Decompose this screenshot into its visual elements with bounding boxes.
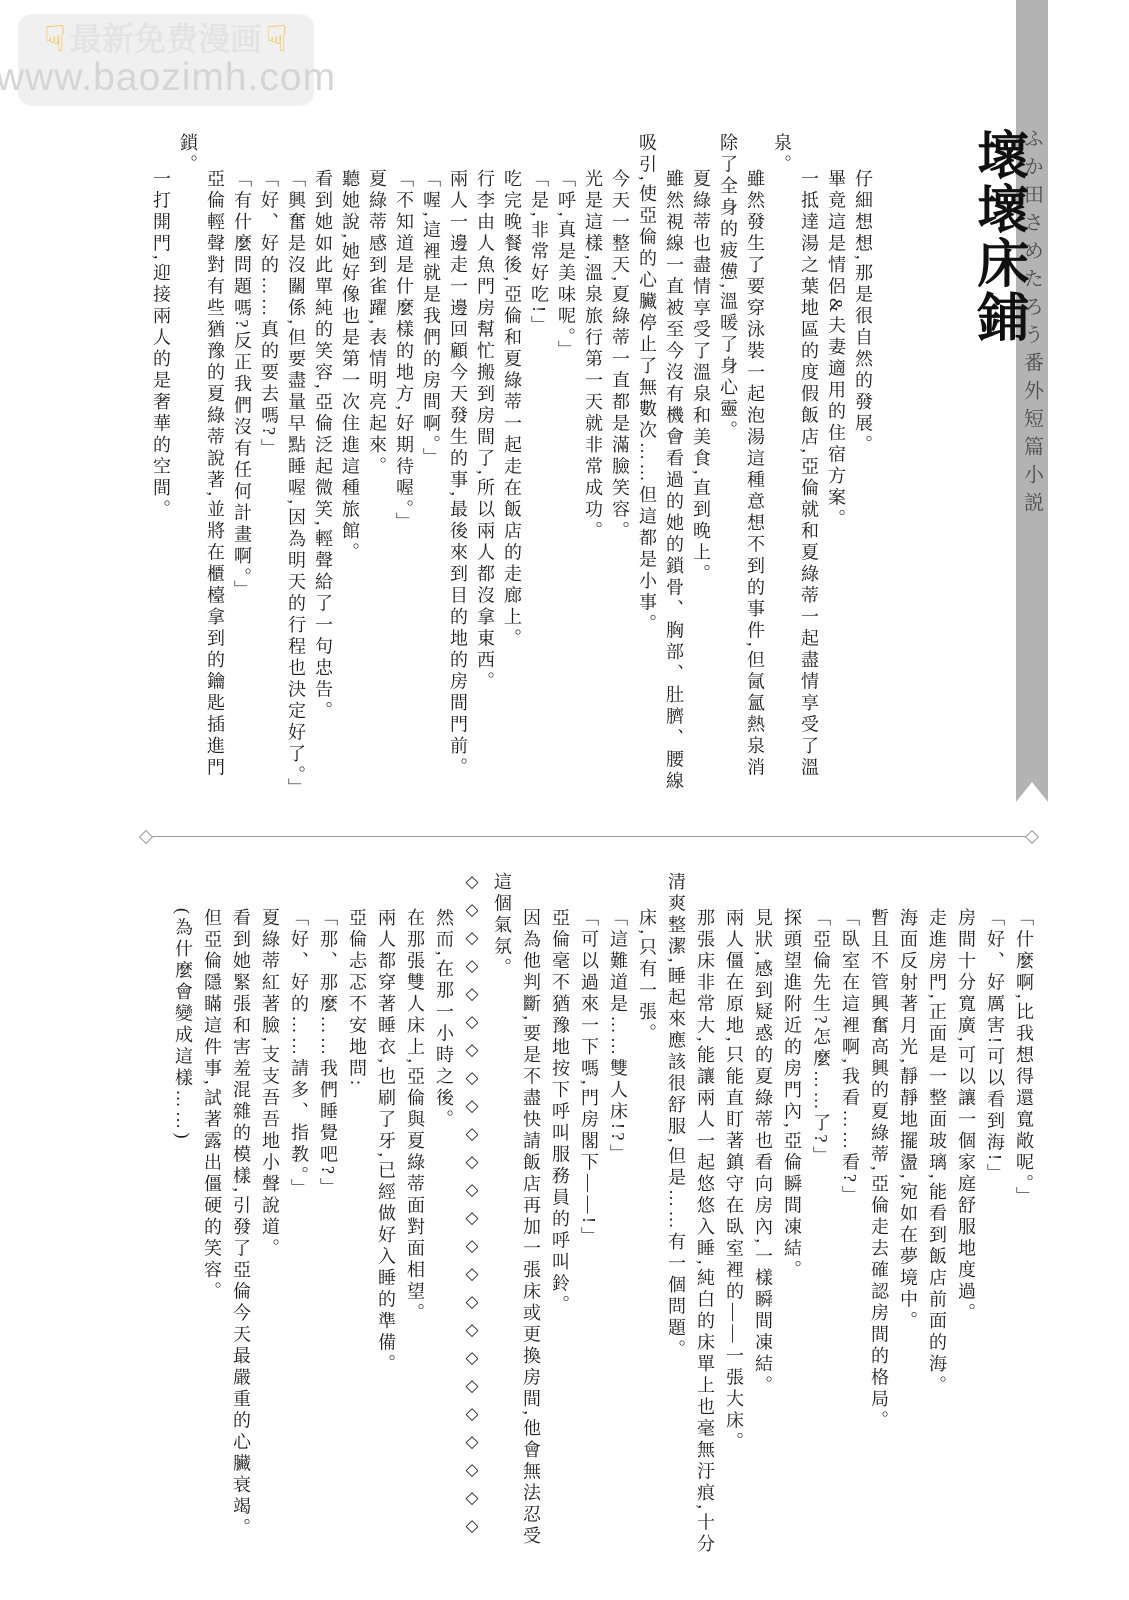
- narrative-paragraph: 看到她如此單純的笑容,亞倫泛起微笑,輕聲給了一句忠告。: [309, 133, 336, 793]
- narrative-paragraph: 亞倫毫不猶豫地按下呼叫服務員的呼叫鈴。: [545, 872, 574, 1560]
- narrative-paragraph: 聽她說,她好像也是第一次住進這種旅館。: [336, 133, 363, 793]
- narrative-paragraph: 一打開門,迎接兩人的是奢華的空間。: [147, 133, 174, 793]
- narrative-paragraph: 因為他判斷,要是不盡快請飯店再加一張床或更換房間,他會無法忍受這個氣氛。: [487, 872, 545, 1560]
- watermark-label: 最新免费漫画: [70, 23, 262, 57]
- down-pointing-hand-icon: ☟: [44, 21, 66, 59]
- narrative-paragraph: 畢竟這是情侶&夫妻適用的住宿方案。: [822, 133, 849, 793]
- diamond-ornament-icon: [139, 830, 153, 844]
- narrative-paragraph: 海面反射著月光,靜靜地擺盪,宛如在夢境中。: [893, 872, 922, 1560]
- dialogue-paragraph: 「這難道是……雙人床!?」: [603, 872, 632, 1560]
- narrative-paragraph: 探頭望進附近的房門內,亞倫瞬間凍結。: [777, 872, 806, 1560]
- section-divider: [146, 836, 1032, 837]
- narrative-paragraph: 那張床非常大,能讓兩人一起悠悠入睡,純白的床單上也毫無汙痕,十分清爽整潔,睡起來…: [661, 872, 719, 1560]
- narrative-paragraph: 床,只有一張。: [632, 872, 661, 1560]
- narrative-paragraph: 在那張雙人床上,亞倫與夏綠蒂面對面相望。: [400, 872, 429, 1560]
- narrative-paragraph: 看到她緊張和害羞混雜的模樣,引發了亞倫今天最嚴重的心臟衰竭。: [226, 872, 255, 1560]
- narrative-paragraph: 房間十分寬廣,可以讓一個家庭舒服地度過。: [951, 872, 980, 1560]
- dialogue-paragraph: 「喔,這裡就是我們的房間啊。」: [417, 133, 444, 793]
- narrative-paragraph: 仔細想想,那是很自然的發展。: [849, 133, 876, 793]
- narrative-paragraph: 兩人都穿著睡衣,也刷了牙,已經做好入睡的準備。: [371, 872, 400, 1560]
- narrative-paragraph: 夏綠蒂感到雀躍,表情明亮起來。: [363, 133, 390, 793]
- narrative-paragraph: 雖然發生了要穿泳裝一起泡湯這種意想不到的事件,但氤氳熱泉消除了全身的疲憊,溫暖了…: [714, 133, 768, 793]
- narrative-paragraph: 夏綠蒂紅著臉,支支吾吾地小聲說道。: [255, 872, 284, 1560]
- dialogue-paragraph: 「什麼啊,比我想得還寬敞呢。」: [1009, 872, 1038, 1560]
- narrative-paragraph: 兩人僵在原地,只能直盯著鎮守在臥室裡的——一張大床。: [719, 872, 748, 1560]
- novel-page: { "watermark": { "label": "最新免费漫画", "url…: [0, 0, 1129, 1600]
- narrative-paragraph: 走進房門,正面是一整面玻璃,能看到飯店前面的海。: [922, 872, 951, 1560]
- dialogue-paragraph: 「有什麼問題嗎?反正我們沒有任何計畫啊。」: [228, 133, 255, 793]
- narrative-paragraph: 兩人一邊走一邊回顧今天發生的事,最後來到目的地的房間門前。: [444, 133, 471, 793]
- dialogue-paragraph: 「臥室在這裡啊,我看……看?」: [835, 872, 864, 1560]
- narrative-paragraph: 見狀,感到疑惑的夏綠蒂也看向房內,一樣瞬間凍結。: [748, 872, 777, 1560]
- dialogue-paragraph: (為什麼會變成這樣……): [168, 872, 197, 1560]
- scene-break: ◇◇◇◇◇◇◇◇◇◇◇◇◇◇◇◇◇◇◇◇◇◇◇◇: [458, 872, 487, 1560]
- bookmark-ribbon: ふか田さめたろう番外短篇小説: [1016, 0, 1048, 802]
- narrative-paragraph: 吃完晚餐後,亞倫和夏綠蒂一起走在飯店的走廊上。: [498, 133, 525, 793]
- dialogue-paragraph: 「那、那麼……我們睡覺吧?」: [313, 872, 342, 1560]
- narrative-paragraph: 光是這樣,溫泉旅行第一天就非常成功。: [579, 133, 606, 793]
- dialogue-paragraph: 「好、好的……真的要去嗎?」: [255, 133, 282, 793]
- dialogue-paragraph: 「是,非常好吃!」: [525, 133, 552, 793]
- dialogue-paragraph: 「亞倫先生?怎麼……了?」: [806, 872, 835, 1560]
- narrative-paragraph: 夏綠蒂也盡情享受了溫泉和美食,直到晚上。: [687, 133, 714, 793]
- dialogue-paragraph: 「可以過來一下嗎,門房閣下——!」: [574, 872, 603, 1560]
- watermark-slogan: ☟ 最新免费漫画 ☟: [44, 21, 288, 59]
- narrative-paragraph: 亞倫忐忑不安地問:: [342, 872, 371, 1560]
- dialogue-paragraph: 「好、好的……請多、指教。」: [284, 872, 313, 1560]
- dialogue-paragraph: 「興奮是沒關係,但要盡量早點睡喔,因為明天的行程也決定好了。」: [282, 133, 309, 793]
- dialogue-paragraph: 「不知道是什麼樣的地方,好期待喔。」: [390, 133, 417, 793]
- story-bottom-section: 「什麼啊,比我想得還寬敞呢。」「好、好厲害!可以看到海!」房間十分寬廣,可以讓一…: [133, 872, 1038, 1560]
- dialogue-paragraph: 「好、好厲害!可以看到海!」: [980, 872, 1009, 1560]
- site-watermark: ☟ 最新免费漫画 ☟ www.baozimh.com: [18, 14, 314, 106]
- narrative-paragraph: 雖然視線一直被至今沒有機會看過的她的鎖骨、胸部、肚臍、腰線吸引,使亞倫的心臟停止…: [633, 133, 687, 793]
- narrative-paragraph: 暫且不管興奮高興的夏綠蒂,亞倫走去確認房間的格局。: [864, 872, 893, 1560]
- narrative-paragraph: 行李由人魚門房幫忙搬到房間了,所以兩人都沒拿東西。: [471, 133, 498, 793]
- page-title: 壞壞床鋪: [961, 128, 1036, 358]
- narrative-paragraph: 亞倫輕聲對有些猶豫的夏綠蒂說著,並將在櫃檯拿到的鑰匙插進門鎖。: [174, 133, 228, 793]
- narrative-paragraph: 但亞倫隱瞞這件事,試著露出僵硬的笑容。: [197, 872, 226, 1560]
- narrative-paragraph: 一抵達湯之葉地區的度假飯店,亞倫就和夏綠蒂一起盡情享受了溫泉。: [768, 133, 822, 793]
- down-pointing-hand-icon: ☟: [266, 21, 288, 59]
- story-top-section: 仔細想想,那是很自然的發展。畢竟這是情侶&夫妻適用的住宿方案。一抵達湯之葉地區的…: [131, 133, 876, 793]
- narrative-paragraph: 然而,在那一小時之後。: [429, 872, 458, 1560]
- diamond-ornament-icon: [1025, 830, 1039, 844]
- dialogue-paragraph: 「呼,真是美味呢。」: [552, 133, 579, 793]
- watermark-url: www.baozimh.com: [0, 58, 336, 99]
- narrative-paragraph: 今天一整天,夏綠蒂一直都是滿臉笑容。: [606, 133, 633, 793]
